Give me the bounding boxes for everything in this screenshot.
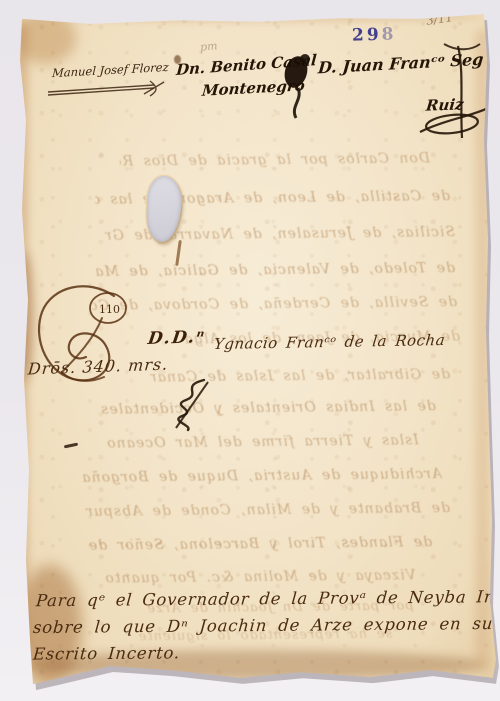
bleedthrough-line: Archiduque de Austria, Duque de Borgoña	[82, 466, 442, 486]
bleedthrough-line: de las Indias Orientales y Occidentales	[88, 398, 448, 418]
corner-stain-top-left	[14, 12, 76, 64]
signature-underline-flourish	[46, 78, 174, 100]
registry-initials: D.D.ⁿ	[147, 327, 208, 349]
bleedthrough-line: Vizcaya y de Molina &c. Por quanto	[95, 567, 425, 586]
seal-number: 110	[99, 303, 120, 316]
archive-number-stamp: 298	[352, 24, 397, 45]
summary-line-2: sobre lo que Dⁿ Joachin de Arze expone e…	[32, 614, 494, 637]
bleedthrough-line: de Toledo, de Valencia, de Galicia, de M…	[95, 260, 455, 280]
registry-official-name: Ygnacio Franᶜᵒ de la Rocha	[213, 331, 446, 353]
bleedthrough-line: de Flandes, Tirol y Barcelona, Señor de	[80, 534, 440, 554]
ornate-s-flourish: 110	[18, 284, 148, 396]
edge-stain-top	[25, 12, 480, 23]
rubric-squiggle	[168, 378, 214, 432]
pencil-mark: pm	[199, 39, 218, 53]
manuscript-photo: Don Carlos por la gracia de Dios Rey de …	[0, 0, 500, 701]
rubric-paraph	[414, 42, 492, 150]
bleedthrough-line: Islas y Tierra firme del Mar Oceano	[85, 432, 440, 452]
summary-line-1: Para qᵉ el Governador de la Provᵃ de Ney…	[35, 587, 500, 610]
folio-mark: 3/11	[425, 10, 454, 28]
summary-line-3: Escrito Incerto.	[32, 643, 181, 663]
ink-mark	[64, 443, 78, 449]
bleedthrough-line: de Brabante y de Milan, Conde de Abspurg	[85, 500, 450, 520]
bleedthrough-line: Don Carlos por la gracia de Dios Rey	[120, 150, 430, 169]
stamp-digits: 29	[352, 25, 382, 46]
ink-blot-flourish	[282, 50, 318, 120]
stamp-digit-faint: 8	[381, 24, 396, 44]
manuscript-page: Don Carlos por la gracia de Dios Rey de …	[0, 0, 500, 701]
